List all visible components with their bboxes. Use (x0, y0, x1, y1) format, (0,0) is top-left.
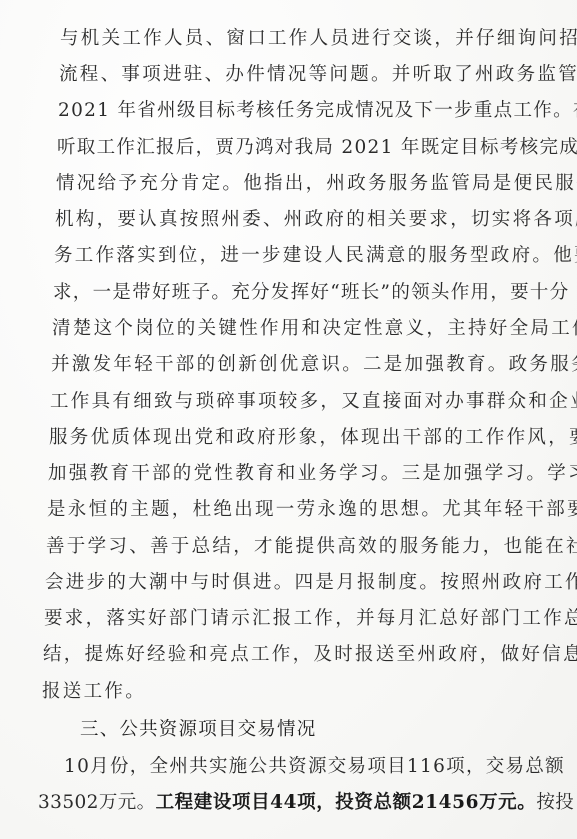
paragraph-line: 会进步的大潮中与时俱进。四是月报制度。按照州政府工作 (45, 571, 577, 595)
paragraph-line: 是永恒的主题，杜绝出现一劳永逸的思想。尤其年轻干部要 (47, 498, 577, 522)
continuation-text: 按投 (536, 792, 574, 813)
paragraph-line: 2021 年省州级目标考核任务完成情况及下一步重点工作。在 (58, 99, 577, 123)
section-paragraph-line: 33502万元。工程建设项目44项，投资总额21456万元。按投 (38, 791, 574, 815)
section-heading: 三、公共资源项目交易情况 (80, 718, 316, 742)
paragraph-line: 服务优质体现出党和政府形象，体现出干部的工作作风，要 (49, 426, 577, 450)
amount-text: 33502万元。 (38, 792, 156, 813)
paragraph-line: 机构，要认真按照州委、州政府的相关要求，切实将各项服 (55, 208, 577, 232)
paragraph-line: 善于学习、善于总结，才能提供高效的服务能力，也能在社 (46, 535, 577, 559)
paragraph-line: 结，提炼好经验和亮点工作，及时报送至州政府，做好信息 (43, 643, 577, 667)
section-paragraph-line: 10月份，全州共实施公共资源交易项目116项，交易总额 (64, 755, 565, 779)
paragraph-line: 并激发年轻干部的创新创优意识。二是加强教育。政务服务 (51, 353, 577, 377)
paragraph-line: 流程、事项进驻、办件情况等问题。并听取了州政务监管局 (59, 63, 577, 87)
paragraph-line: 与机关工作人员、窗口工作人员进行交谈，并仔细询问招标 (60, 27, 577, 51)
document-page: 与机关工作人员、窗口工作人员进行交谈，并仔细询问招标 流程、事项进驻、办件情况等… (0, 0, 577, 839)
paragraph-line: 加强教育干部的党性教育和业务学习。三是加强学习。学习 (48, 462, 577, 486)
paragraph-line: 清楚这个岗位的关键性作用和决定性意义，主持好全局工作， (52, 317, 577, 341)
paragraph-line: 务工作落实到位，进一步建设人民满意的服务型政府。他要 (54, 244, 577, 268)
bold-highlight-text: 工程建设项目44项，投资总额21456万元。 (156, 792, 537, 813)
paragraph-line: 求，一是带好班子。充分发挥好“班长”的领头作用，要十分 (53, 281, 570, 305)
paragraph-line: 工作具有细致与琐碎事项较多，又直接面对办事群众和企业， (50, 390, 577, 414)
paragraph-line: 报送工作。 (42, 680, 146, 704)
paragraph-line: 听取工作汇报后，贾乃鸿对我局 2021 年既定目标考核完成 (57, 136, 577, 160)
paragraph-line: 情况给予充分肯定。他指出，州政务服务监管局是便民服务 (56, 172, 577, 196)
paragraph-line: 要求，落实好部门请示汇报工作，并每月汇总好部门工作总 (44, 607, 577, 631)
